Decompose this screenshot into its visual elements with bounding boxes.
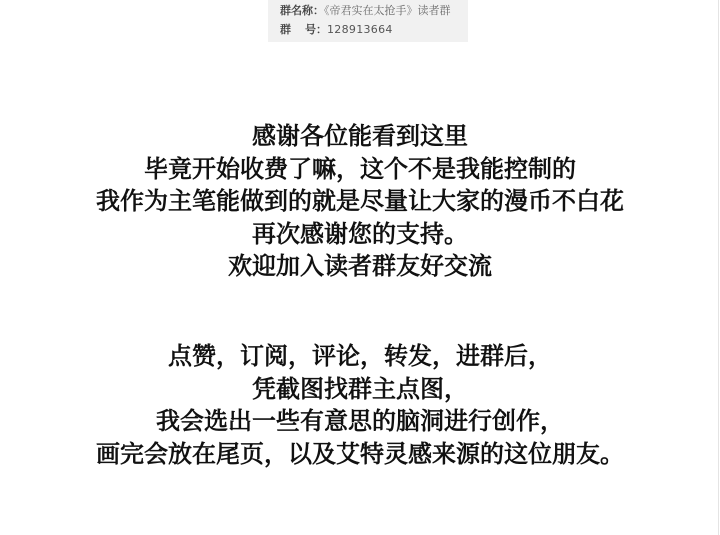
thank-you-message: 感谢各位能看到这里 毕竟开始收费了嘛，这个不是我能控制的 我作为主笔能做到的就是…: [0, 120, 720, 283]
message-line: 再次感谢您的支持。: [0, 218, 720, 251]
call-to-action-message: 点赞，订阅，评论，转发，进群后， 凭截图找群主点图， 我会选出一些有意思的脑洞进…: [0, 340, 720, 470]
group-number-label-part2: 号：: [305, 23, 327, 36]
group-number-value: 128913664: [327, 23, 393, 36]
message-line: 我会选出一些有意思的脑洞进行创作，: [0, 405, 720, 438]
group-name-row: 群名称：《帝君实在太抢手》读者群: [280, 1, 468, 20]
message-line: 感谢各位能看到这里: [0, 120, 720, 153]
group-number-row: 群号：128913664: [280, 20, 468, 39]
message-line: 凭截图找群主点图，: [0, 373, 720, 406]
group-number-label-part1: 群: [280, 23, 291, 36]
message-line: 我作为主笔能做到的就是尽量让大家的漫币不白花: [0, 185, 720, 218]
message-line: 欢迎加入读者群友好交流: [0, 250, 720, 283]
message-line: 毕竟开始收费了嘛，这个不是我能控制的: [0, 153, 720, 186]
group-name-value: 《帝君实在太抢手》读者群: [324, 4, 451, 17]
group-name-label: 群名称：: [280, 4, 324, 17]
message-line: 点赞，订阅，评论，转发，进群后，: [0, 340, 720, 373]
group-info-card: 群名称：《帝君实在太抢手》读者群 群号：128913664: [268, 0, 468, 42]
message-line: 画完会放在尾页，以及艾特灵感来源的这位朋友。: [0, 438, 720, 471]
